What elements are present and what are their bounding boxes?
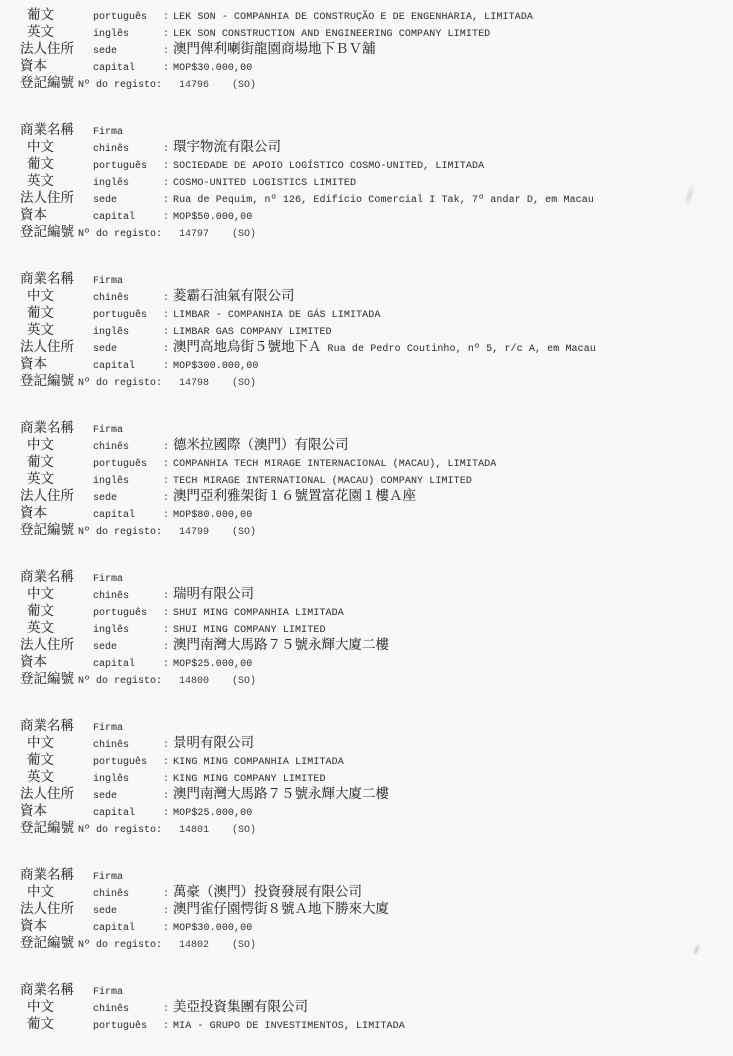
label-chinese: 中文: [20, 585, 93, 602]
registo-number: 14798: [179, 375, 209, 392]
colon-separator: :: [163, 639, 169, 656]
colon-separator: :: [163, 754, 169, 771]
company-record: 商業名稱 Firma 中文 chinês : 瑞明有限公司 葡文 portugu…: [0, 568, 733, 687]
label-portuguese: português: [93, 158, 163, 175]
label-portuguese: Firma: [93, 422, 163, 439]
value-chinese: 澳門雀仔園愕街８號Ａ地下勝來大廈: [173, 900, 389, 917]
label-chinese: 商業名稱: [20, 419, 93, 436]
label-chinese: 登記編號: [20, 819, 78, 836]
records-container: 葡文 português : LEK SON - COMPANHIA DE CO…: [0, 6, 733, 1032]
value-latin: MOP$25.000,00: [173, 805, 252, 822]
label-chinese: 登記編號: [20, 223, 78, 240]
label-chinese: 商業名稱: [20, 717, 93, 734]
value-chinese: 澳門南灣大馬路７５號永輝大廈二樓: [173, 785, 389, 802]
colon-separator: :: [163, 175, 169, 192]
registo-label: Nº do registo:: [78, 226, 162, 243]
label-chinese: 中文: [20, 734, 93, 751]
label-chinese: 中文: [20, 436, 93, 453]
registo-number: 14802: [179, 937, 209, 954]
value-chinese: 德米拉國際（澳門）有限公司: [173, 436, 349, 453]
record-field-row: 英文 inglês : SHUI MING COMPANY LIMITED: [0, 619, 733, 636]
label-chinese: 英文: [20, 470, 93, 487]
colon-separator: :: [163, 737, 169, 754]
label-chinese: 葡文: [20, 6, 93, 23]
company-record: 商業名稱 Firma 中文 chinês : 景明有限公司 葡文 portugu…: [0, 717, 733, 836]
label-chinese: 法人住所: [20, 189, 93, 206]
colon-separator: :: [163, 60, 169, 77]
label-portuguese: português: [93, 456, 163, 473]
registo-label: Nº do registo:: [78, 77, 162, 94]
label-portuguese: chinês: [93, 737, 163, 754]
colon-separator: :: [163, 886, 169, 903]
label-chinese: 法人住所: [20, 900, 93, 917]
label-portuguese: inglês: [93, 622, 163, 639]
record-field-row: 商業名稱 Firma: [0, 866, 733, 883]
label-portuguese: capital: [93, 507, 163, 524]
registo-number: 14801: [179, 822, 209, 839]
label-chinese: 葡文: [20, 304, 93, 321]
label-chinese: 中文: [20, 998, 93, 1015]
colon-separator: :: [163, 771, 169, 788]
label-portuguese: capital: [93, 209, 163, 226]
colon-separator: :: [163, 903, 169, 920]
value-chinese: 澳門高地烏街５號地下Ａ: [173, 338, 322, 355]
record-field-row: 法人住所 sede : 澳門南灣大馬路７５號永輝大廈二樓: [0, 636, 733, 653]
colon-separator: :: [163, 324, 169, 341]
value-chinese: 環宇物流有限公司: [173, 138, 281, 155]
record-field-row: 登記編號 Nº do registo: 14799 (SO): [0, 521, 733, 538]
colon-separator: :: [163, 439, 169, 456]
label-chinese: 法人住所: [20, 785, 93, 802]
value-latin: MOP$30.000,00: [173, 60, 252, 77]
document-page: 葡文 português : LEK SON - COMPANHIA DE CO…: [0, 0, 733, 1056]
label-chinese: 葡文: [20, 453, 93, 470]
label-portuguese: capital: [93, 358, 163, 375]
record-field-row: 英文 inglês : TECH MIRAGE INTERNATIONAL (M…: [0, 470, 733, 487]
label-portuguese: capital: [93, 920, 163, 937]
record-field-row: 葡文 português : MIA - GRUPO DE INVESTIMEN…: [0, 1015, 733, 1032]
label-chinese: 英文: [20, 768, 93, 785]
registo-label: Nº do registo:: [78, 673, 162, 690]
record-field-row: 法人住所 sede : 澳門俾利喇街龍園商場地下ＢＶ舖: [0, 40, 733, 57]
registo-suffix: (SO): [232, 937, 256, 954]
label-chinese: 法人住所: [20, 487, 93, 504]
registo-suffix: (SO): [232, 375, 256, 392]
label-chinese: 法人住所: [20, 636, 93, 653]
label-chinese: 葡文: [20, 751, 93, 768]
colon-separator: :: [163, 622, 169, 639]
value-latin: MOP$30.000,00: [173, 920, 252, 937]
record-field-row: 資本 capital : MOP$25.000,00: [0, 653, 733, 670]
record-field-row: 葡文 português : KING MING COMPANHIA LIMIT…: [0, 751, 733, 768]
record-field-row: 中文 chinês : 瑞明有限公司: [0, 585, 733, 602]
label-chinese: 登記編號: [20, 74, 78, 91]
record-field-row: 法人住所 sede : 澳門亞利雅架街１６號置富花園１樓Ａ座: [0, 487, 733, 504]
colon-separator: :: [163, 588, 169, 605]
label-portuguese: Firma: [93, 273, 163, 290]
label-chinese: 資本: [20, 206, 93, 223]
colon-separator: :: [163, 26, 169, 43]
colon-separator: :: [163, 788, 169, 805]
value-chinese: 澳門亞利雅架街１６號置富花園１樓Ａ座: [173, 487, 416, 504]
label-chinese: 資本: [20, 917, 93, 934]
label-portuguese: Firma: [93, 720, 163, 737]
company-record: 商業名稱 Firma 中文 chinês : 德米拉國際（澳門）有限公司 葡文 …: [0, 419, 733, 538]
label-chinese: 資本: [20, 57, 93, 74]
label-portuguese: inglês: [93, 473, 163, 490]
registo-suffix: (SO): [232, 524, 256, 541]
label-portuguese: inglês: [93, 324, 163, 341]
value-latin: MOP$300.000,00: [173, 358, 258, 375]
registo-number: 14796: [179, 77, 209, 94]
label-chinese: 登記編號: [20, 670, 78, 687]
company-record: 商業名稱 Firma 中文 chinês : 美亞投資集團有限公司 葡文 por…: [0, 981, 733, 1032]
label-portuguese: capital: [93, 656, 163, 673]
record-field-row: 英文 inglês : LEK SON CONSTRUCTION AND ENG…: [0, 23, 733, 40]
value-latin: SOCIEDADE DE APOIO LOGÍSTICO COSMO-UNITE…: [173, 158, 484, 175]
registo-label: Nº do registo:: [78, 937, 162, 954]
value-latin: COMPANHIA TECH MIRAGE INTERNACIONAL (MAC…: [173, 456, 496, 473]
label-chinese: 英文: [20, 23, 93, 40]
value-latin: LIMBAR - COMPANHIA DE GÁS LIMITADA: [173, 307, 380, 324]
label-portuguese: chinês: [93, 290, 163, 307]
registo-suffix: (SO): [232, 226, 256, 243]
label-chinese: 中文: [20, 138, 93, 155]
label-portuguese: sede: [93, 341, 163, 358]
colon-separator: :: [163, 473, 169, 490]
label-chinese: 法人住所: [20, 40, 93, 57]
record-field-row: 中文 chinês : 環宇物流有限公司: [0, 138, 733, 155]
value-latin: KING MING COMPANHIA LIMITADA: [173, 754, 344, 771]
label-chinese: 中文: [20, 287, 93, 304]
record-field-row: 資本 capital : MOP$30.000,00: [0, 917, 733, 934]
value-chinese: 菱霸石油氣有限公司: [173, 287, 295, 304]
company-record: 商業名稱 Firma 中文 chinês : 菱霸石油氣有限公司 葡文 port…: [0, 270, 733, 389]
value-latin: MOP$80.000,00: [173, 507, 252, 524]
label-portuguese: inglês: [93, 175, 163, 192]
record-field-row: 登記編號 Nº do registo: 14800 (SO): [0, 670, 733, 687]
label-portuguese: Firma: [93, 984, 163, 1001]
label-chinese: 法人住所: [20, 338, 93, 355]
label-portuguese: português: [93, 307, 163, 324]
label-portuguese: Firma: [93, 124, 163, 141]
record-field-row: 英文 inglês : KING MING COMPANY LIMITED: [0, 768, 733, 785]
label-portuguese: sede: [93, 639, 163, 656]
label-chinese: 商業名稱: [20, 866, 93, 883]
label-chinese: 商業名稱: [20, 568, 93, 585]
label-chinese: 英文: [20, 619, 93, 636]
value-latin: SHUI MING COMPANHIA LIMITADA: [173, 605, 344, 622]
company-record: 商業名稱 Firma 中文 chinês : 環宇物流有限公司 葡文 portu…: [0, 121, 733, 240]
registo-suffix: (SO): [232, 822, 256, 839]
value-chinese: 澳門南灣大馬路７５號永輝大廈二樓: [173, 636, 389, 653]
value-latin: MIA - GRUPO DE INVESTIMENTOS, LIMITADA: [173, 1018, 405, 1035]
record-field-row: 商業名稱 Firma: [0, 270, 733, 287]
registo-number: 14800: [179, 673, 209, 690]
record-field-row: 登記編號 Nº do registo: 14797 (SO): [0, 223, 733, 240]
value-chinese: 萬豪（澳門）投資發展有限公司: [173, 883, 362, 900]
label-chinese: 葡文: [20, 1015, 93, 1032]
record-field-row: 法人住所 sede : 澳門雀仔園愕街８號Ａ地下勝來大廈: [0, 900, 733, 917]
label-portuguese: sede: [93, 903, 163, 920]
label-chinese: 資本: [20, 504, 93, 521]
registo-suffix: (SO): [232, 673, 256, 690]
label-portuguese: sede: [93, 192, 163, 209]
label-portuguese: chinês: [93, 141, 163, 158]
record-field-row: 法人住所 sede : Rua de Pequim, nº 126, Edifí…: [0, 189, 733, 206]
colon-separator: :: [163, 9, 169, 26]
record-field-row: 登記編號 Nº do registo: 14802 (SO): [0, 934, 733, 951]
label-portuguese: sede: [93, 490, 163, 507]
colon-separator: :: [163, 1018, 169, 1035]
record-field-row: 商業名稱 Firma: [0, 419, 733, 436]
label-chinese: 登記編號: [20, 521, 78, 538]
record-field-row: 葡文 português : SOCIEDADE DE APOIO LOGÍST…: [0, 155, 733, 172]
value-chinese: 美亞投資集團有限公司: [173, 998, 308, 1015]
label-portuguese: Firma: [93, 571, 163, 588]
registo-label: Nº do registo:: [78, 822, 162, 839]
registo-label: Nº do registo:: [78, 375, 162, 392]
record-field-row: 葡文 português : COMPANHIA TECH MIRAGE INT…: [0, 453, 733, 470]
label-chinese: 葡文: [20, 602, 93, 619]
registo-number: 14797: [179, 226, 209, 243]
label-portuguese: sede: [93, 788, 163, 805]
label-portuguese: português: [93, 9, 163, 26]
record-field-row: 葡文 português : LIMBAR - COMPANHIA DE GÁS…: [0, 304, 733, 321]
record-field-row: 中文 chinês : 菱霸石油氣有限公司: [0, 287, 733, 304]
label-chinese: 登記編號: [20, 934, 78, 951]
company-record: 葡文 português : LEK SON - COMPANHIA DE CO…: [0, 6, 733, 91]
colon-separator: :: [163, 158, 169, 175]
label-chinese: 英文: [20, 321, 93, 338]
record-field-row: 商業名稱 Firma: [0, 568, 733, 585]
record-field-row: 登記編號 Nº do registo: 14798 (SO): [0, 372, 733, 389]
label-chinese: 登記編號: [20, 372, 78, 389]
label-chinese: 商業名稱: [20, 270, 93, 287]
record-field-row: 中文 chinês : 萬豪（澳門）投資發展有限公司: [0, 883, 733, 900]
colon-separator: :: [163, 507, 169, 524]
label-portuguese: capital: [93, 60, 163, 77]
label-chinese: 資本: [20, 802, 93, 819]
colon-separator: :: [163, 341, 169, 358]
record-field-row: 中文 chinês : 景明有限公司: [0, 734, 733, 751]
record-field-row: 中文 chinês : 美亞投資集團有限公司: [0, 998, 733, 1015]
label-portuguese: inglês: [93, 771, 163, 788]
value-latin: MOP$25.000,00: [173, 656, 252, 673]
colon-separator: :: [163, 358, 169, 375]
label-chinese: 資本: [20, 355, 93, 372]
label-chinese: 英文: [20, 172, 93, 189]
record-field-row: 登記編號 Nº do registo: 14796 (SO): [0, 74, 733, 91]
record-field-row: 葡文 português : LEK SON - COMPANHIA DE CO…: [0, 6, 733, 23]
label-portuguese: português: [93, 605, 163, 622]
record-field-row: 登記編號 Nº do registo: 14801 (SO): [0, 819, 733, 836]
label-chinese: 商業名稱: [20, 981, 93, 998]
label-chinese: 資本: [20, 653, 93, 670]
record-field-row: 商業名稱 Firma: [0, 717, 733, 734]
colon-separator: :: [163, 141, 169, 158]
label-portuguese: capital: [93, 805, 163, 822]
value-latin: Rua de Pedro Coutinho, nº 5, r/c A, em M…: [328, 341, 596, 358]
label-chinese: 中文: [20, 883, 93, 900]
registo-label: Nº do registo:: [78, 524, 162, 541]
label-portuguese: inglês: [93, 26, 163, 43]
registo-suffix: (SO): [232, 77, 256, 94]
colon-separator: :: [163, 656, 169, 673]
value-latin: MOP$50.000,00: [173, 209, 252, 226]
record-field-row: 資本 capital : MOP$25.000,00: [0, 802, 733, 819]
value-chinese: 景明有限公司: [173, 734, 254, 751]
record-field-row: 商業名稱 Firma: [0, 121, 733, 138]
label-portuguese: português: [93, 1018, 163, 1035]
label-chinese: 商業名稱: [20, 121, 93, 138]
record-field-row: 葡文 português : SHUI MING COMPANHIA LIMIT…: [0, 602, 733, 619]
colon-separator: :: [163, 805, 169, 822]
value-chinese: 澳門俾利喇街龍園商場地下ＢＶ舖: [173, 40, 376, 57]
label-portuguese: sede: [93, 43, 163, 60]
colon-separator: :: [163, 920, 169, 937]
record-field-row: 法人住所 sede : 澳門南灣大馬路７５號永輝大廈二樓: [0, 785, 733, 802]
record-field-row: 商業名稱 Firma: [0, 981, 733, 998]
company-record: 商業名稱 Firma 中文 chinês : 萬豪（澳門）投資發展有限公司 法人…: [0, 866, 733, 951]
registo-number: 14799: [179, 524, 209, 541]
record-field-row: 法人住所 sede : 澳門高地烏街５號地下Ａ Rua de Pedro Cou…: [0, 338, 733, 355]
colon-separator: :: [163, 1001, 169, 1018]
record-field-row: 資本 capital : MOP$80.000,00: [0, 504, 733, 521]
colon-separator: :: [163, 192, 169, 209]
value-latin: COSMO-UNITED LOGISTICS LIMITED: [173, 175, 356, 192]
label-portuguese: português: [93, 754, 163, 771]
label-chinese: 葡文: [20, 155, 93, 172]
label-portuguese: chinês: [93, 1001, 163, 1018]
colon-separator: :: [163, 307, 169, 324]
label-portuguese: chinês: [93, 886, 163, 903]
colon-separator: :: [163, 43, 169, 60]
value-latin: Rua de Pequim, nº 126, Edifício Comercia…: [173, 192, 594, 209]
label-portuguese: chinês: [93, 439, 163, 456]
colon-separator: :: [163, 456, 169, 473]
colon-separator: :: [163, 209, 169, 226]
label-portuguese: Firma: [93, 869, 163, 886]
colon-separator: :: [163, 605, 169, 622]
record-field-row: 中文 chinês : 德米拉國際（澳門）有限公司: [0, 436, 733, 453]
colon-separator: :: [163, 490, 169, 507]
label-portuguese: chinês: [93, 588, 163, 605]
value-latin: LEK SON - COMPANHIA DE CONSTRUÇÃO E DE E…: [173, 9, 533, 26]
record-field-row: 資本 capital : MOP$30.000,00: [0, 57, 733, 74]
value-chinese: 瑞明有限公司: [173, 585, 254, 602]
colon-separator: :: [163, 290, 169, 307]
